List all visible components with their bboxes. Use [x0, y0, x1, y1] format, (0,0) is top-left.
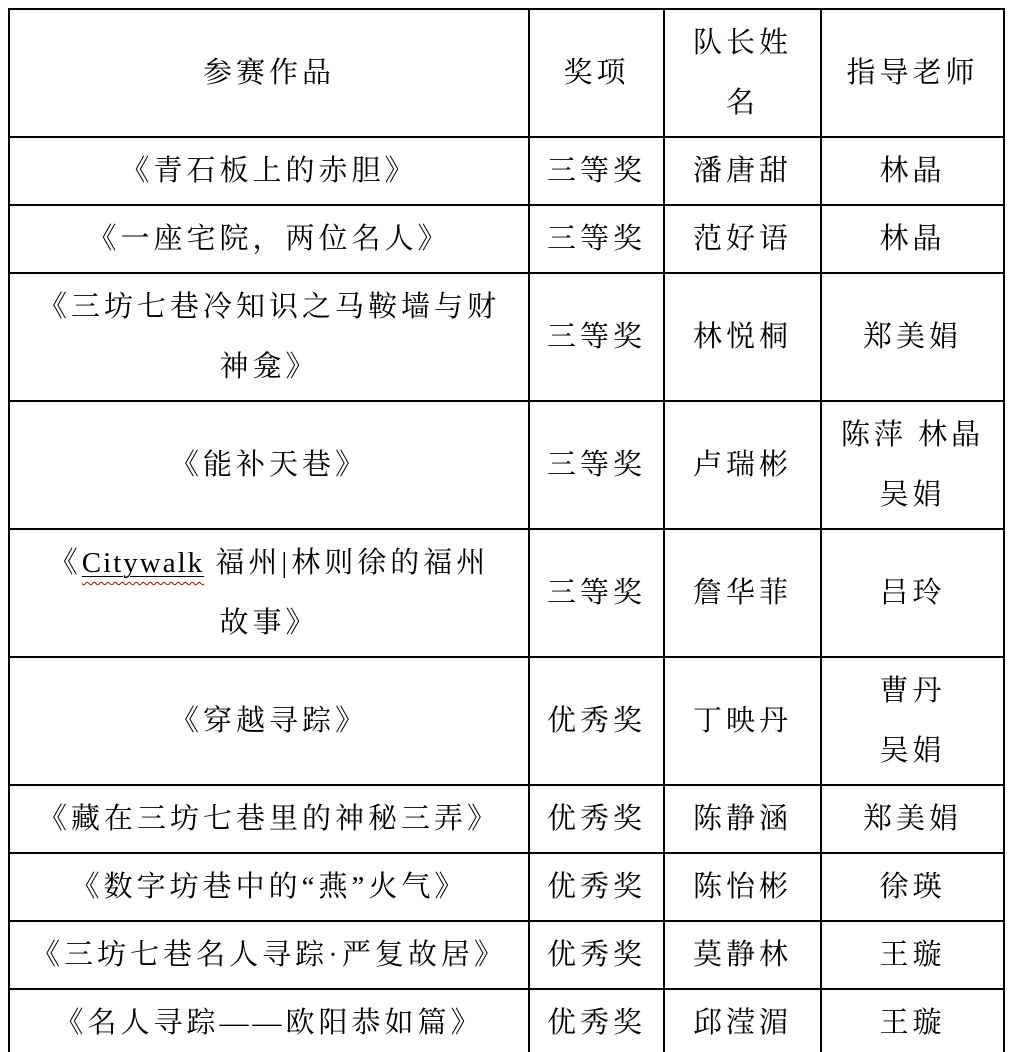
table-row: 《Citywalk 福州|林则徐的福州 故事》三等奖詹华菲吕玲	[9, 529, 1004, 657]
table-row: 《穿越寻踪》优秀奖丁映丹曹丹 吴娟	[9, 657, 1004, 785]
table-row: 《一座宅院，两位名人》三等奖范好语林晶	[9, 205, 1004, 273]
leader-name-cell: 林悦桐	[664, 273, 821, 401]
leader-name-cell: 潘唐甜	[664, 137, 821, 205]
leader-name-cell: 陈怡彬	[664, 853, 821, 921]
leader-name-cell: 詹华菲	[664, 529, 821, 657]
table-row: 《能补天巷》三等奖卢瑞彬陈萍 林晶 吴娟	[9, 401, 1004, 529]
award-cell: 三等奖	[529, 205, 664, 273]
column-header-teacher: 指导老师	[821, 9, 1004, 137]
teacher-cell: 林晶	[821, 205, 1004, 273]
teacher-cell: 郑美娟	[821, 273, 1004, 401]
table-row: 《数字坊巷中的“燕”火气》优秀奖陈怡彬徐瑛	[9, 853, 1004, 921]
awards-table: 参赛作品奖项队长姓 名指导老师 《青石板上的赤胆》三等奖潘唐甜林晶《一座宅院，两…	[8, 8, 1005, 1052]
table-row: 《青石板上的赤胆》三等奖潘唐甜林晶	[9, 137, 1004, 205]
entry-title-text: 福州|林则徐的福州 故事》	[204, 547, 489, 639]
award-cell: 三等奖	[529, 137, 664, 205]
column-header-leader: 队长姓 名	[664, 9, 821, 137]
teacher-cell: 林晶	[821, 137, 1004, 205]
award-cell: 优秀奖	[529, 989, 664, 1052]
table-row: 《藏在三坊七巷里的神秘三弄》优秀奖陈静涵郑美娟	[9, 785, 1004, 853]
leader-name-cell: 丁映丹	[664, 657, 821, 785]
award-cell: 三等奖	[529, 529, 664, 657]
entry-title-cell: 《Citywalk 福州|林则徐的福州 故事》	[9, 529, 529, 657]
entry-title-cell: 《名人寻踪——欧阳恭如篇》	[9, 989, 529, 1052]
award-cell: 优秀奖	[529, 853, 664, 921]
table-body: 《青石板上的赤胆》三等奖潘唐甜林晶《一座宅院，两位名人》三等奖范好语林晶《三坊七…	[9, 137, 1004, 1052]
spellcheck-underline: Citywalk	[82, 547, 204, 579]
award-cell: 优秀奖	[529, 785, 664, 853]
entry-title-cell: 《一座宅院，两位名人》	[9, 205, 529, 273]
leader-name-cell: 范好语	[664, 205, 821, 273]
entry-title-text: 《	[49, 547, 82, 579]
table-row: 《名人寻踪——欧阳恭如篇》优秀奖邱滢湄王璇	[9, 989, 1004, 1052]
column-header-title: 参赛作品	[9, 9, 529, 137]
entry-title-cell: 《藏在三坊七巷里的神秘三弄》	[9, 785, 529, 853]
header-row: 参赛作品奖项队长姓 名指导老师	[9, 9, 1004, 137]
entry-title-cell: 《三坊七巷名人寻踪·严复故居》	[9, 921, 529, 989]
entry-title-cell: 《能补天巷》	[9, 401, 529, 529]
teacher-cell: 曹丹 吴娟	[821, 657, 1004, 785]
teacher-cell: 徐瑛	[821, 853, 1004, 921]
award-cell: 三等奖	[529, 273, 664, 401]
table-row: 《三坊七巷冷知识之马鞍墙与财 神龛》三等奖林悦桐郑美娟	[9, 273, 1004, 401]
teacher-cell: 王璇	[821, 921, 1004, 989]
spellcheck-word: Citywalk	[82, 547, 204, 579]
table-header: 参赛作品奖项队长姓 名指导老师	[9, 9, 1004, 137]
document-page: 参赛作品奖项队长姓 名指导老师 《青石板上的赤胆》三等奖潘唐甜林晶《一座宅院，两…	[0, 0, 1010, 1052]
entry-title-cell: 《穿越寻踪》	[9, 657, 529, 785]
award-cell: 三等奖	[529, 401, 664, 529]
leader-name-cell: 邱滢湄	[664, 989, 821, 1052]
leader-name-cell: 陈静涵	[664, 785, 821, 853]
award-cell: 优秀奖	[529, 657, 664, 785]
teacher-cell: 王璇	[821, 989, 1004, 1052]
teacher-cell: 陈萍 林晶 吴娟	[821, 401, 1004, 529]
leader-name-cell: 莫静林	[664, 921, 821, 989]
leader-name-cell: 卢瑞彬	[664, 401, 821, 529]
column-header-award: 奖项	[529, 9, 664, 137]
entry-title-cell: 《数字坊巷中的“燕”火气》	[9, 853, 529, 921]
teacher-cell: 吕玲	[821, 529, 1004, 657]
table-row: 《三坊七巷名人寻踪·严复故居》优秀奖莫静林王璇	[9, 921, 1004, 989]
award-cell: 优秀奖	[529, 921, 664, 989]
entry-title-cell: 《青石板上的赤胆》	[9, 137, 529, 205]
teacher-cell: 郑美娟	[821, 785, 1004, 853]
entry-title-cell: 《三坊七巷冷知识之马鞍墙与财 神龛》	[9, 273, 529, 401]
